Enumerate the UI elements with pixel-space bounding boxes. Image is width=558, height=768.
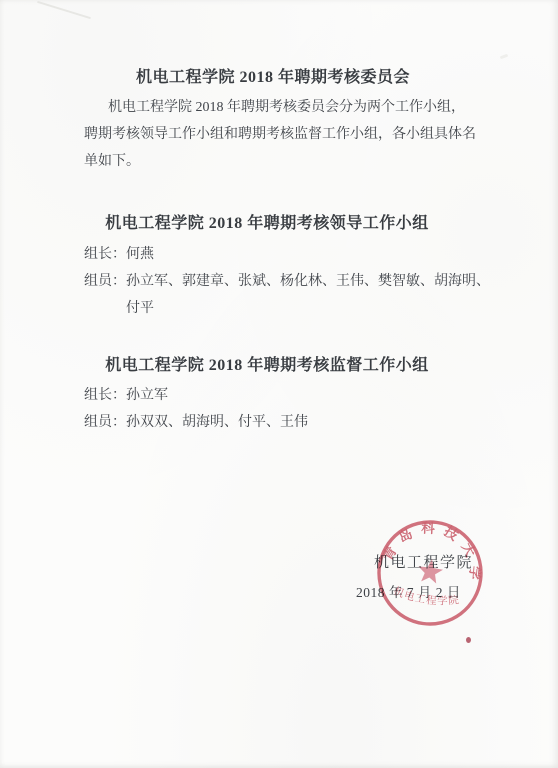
official-seal-stamp: 青岛科技大学 机电工程学院 xyxy=(364,507,495,638)
leading-group-heading: 机电工程学院 2018 年聘期考核领导工作小组 xyxy=(0,212,534,236)
seal-star-icon xyxy=(416,557,444,584)
leader-name: 何燕 xyxy=(126,247,154,262)
leader-line: 组长：孙立军 xyxy=(84,382,518,409)
members-line-continued: 付平 xyxy=(84,295,518,322)
leader-name: 孙立军 xyxy=(126,388,168,403)
intro-paragraph: 机电工程学院 2018 年聘期考核委员会分为两个工作小组， 聘期考核领导工作小组… xyxy=(84,94,498,175)
scan-artifact-speck xyxy=(500,54,509,60)
members-label: 组员： xyxy=(84,274,126,289)
seal-bottom-text: 机电工程学院 xyxy=(391,584,462,611)
members-names: 孙立军、郭建章、张斌、杨化林、王伟、樊智敏、胡海明、 xyxy=(126,274,490,289)
scan-artifact-mark xyxy=(37,1,91,19)
scanned-document-page: 机电工程学院 2018 年聘期考核委员会 机电工程学院 2018 年聘期考核委员… xyxy=(0,0,558,768)
supervision-group-roster: 组长：孙立军 组员：孙双双、胡海明、付平、王伟 xyxy=(84,382,518,436)
leading-group-roster: 组长：何燕 组员：孙立军、郭建章、张斌、杨化林、王伟、樊智敏、胡海明、 付平 xyxy=(84,241,518,322)
supervision-group-heading: 机电工程学院 2018 年聘期考核监督工作小组 xyxy=(0,354,534,378)
members-line: 组员：孙双双、胡海明、付平、王伟 xyxy=(84,409,518,436)
members-line: 组员：孙立军、郭建章、张斌、杨化林、王伟、樊智敏、胡海明、 xyxy=(84,268,518,295)
ink-speck xyxy=(466,637,471,643)
leader-label: 组长： xyxy=(84,388,126,403)
seal-graphic: 青岛科技大学 机电工程学院 xyxy=(364,507,495,638)
members-names: 孙双双、胡海明、付平、王伟 xyxy=(126,415,308,430)
intro-line: 聘期考核领导工作小组和聘期考核监督工作小组，各小组具体名 xyxy=(84,121,498,148)
document-title: 机电工程学院 2018 年聘期考核委员会 xyxy=(0,66,546,90)
leader-line: 组长：何燕 xyxy=(84,241,518,268)
members-label: 组员： xyxy=(84,415,126,430)
leader-label: 组长： xyxy=(84,247,126,262)
intro-line: 机电工程学院 2018 年聘期考核委员会分为两个工作小组， xyxy=(84,94,498,121)
intro-line: 单如下。 xyxy=(84,148,498,175)
